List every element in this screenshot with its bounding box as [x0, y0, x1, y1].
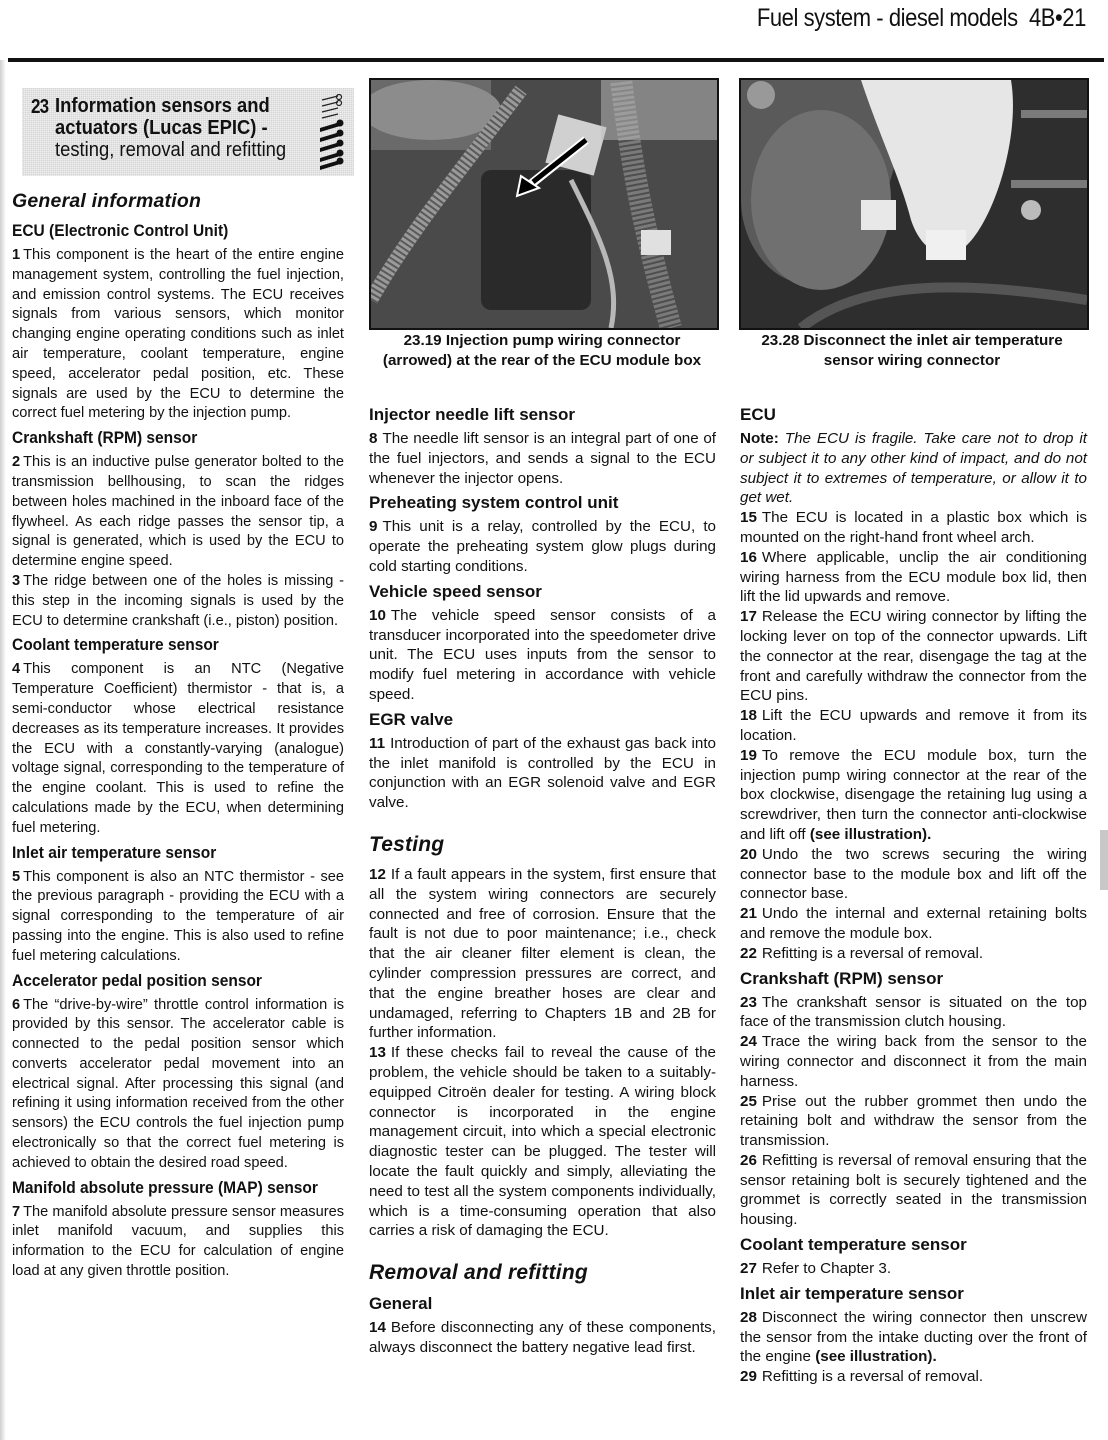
paragraph-number: 26: [740, 1152, 757, 1169]
header-rule: [8, 58, 1104, 62]
paragraph-text: Refer to Chapter 3.: [762, 1260, 891, 1277]
paragraph-6: 6The “drive-by-wire” throttle control in…: [12, 996, 344, 1174]
note-label: Note:: [740, 430, 779, 447]
paragraph-text: If a fault appears in the system, first …: [369, 866, 716, 1041]
paragraph-4: 4This component is an NTC (Negative Temp…: [12, 660, 344, 838]
paragraph-number: 10: [369, 607, 386, 624]
paragraph-23: 23The crankshaft sensor is situated on t…: [740, 993, 1087, 1033]
subheading-ecu: ECU (Electronic Control Unit): [12, 221, 324, 242]
paragraph-17: 17Release the ECU wiring connector by li…: [740, 607, 1087, 706]
page-edge-shadow: [0, 60, 6, 1440]
subheading-ecu-removal: ECU: [740, 404, 1087, 425]
page-reference: 4B•21: [1029, 4, 1086, 32]
figure-23-19-photo: [369, 78, 719, 330]
section-number: 23: [31, 96, 48, 119]
paragraph-text: If these checks fail to reveal the cause…: [369, 1044, 716, 1239]
paragraph-15: 15The ECU is located in a plastic box wh…: [740, 508, 1087, 548]
paragraph-text: This unit is a relay, controlled by the …: [369, 518, 716, 575]
paragraph-text: The ridge between one of the holes is mi…: [12, 573, 344, 629]
paragraph-3: 3The ridge between one of the holes is m…: [12, 572, 344, 631]
ecu-note: Note: The ECU is fragile. Take care not …: [740, 429, 1087, 508]
paragraph-text: The ECU is located in a plastic box whic…: [740, 509, 1087, 546]
paragraph-number: 14: [369, 1319, 386, 1336]
paragraph-number: 19: [740, 747, 757, 764]
paragraph-number: 27: [740, 1260, 757, 1277]
paragraph-18: 18Lift the ECU upwards and remove it fro…: [740, 706, 1087, 746]
paragraph-7: 7The manifold absolute pressure sensor m…: [12, 1203, 344, 1282]
paragraph-text: This component is the heart of the entir…: [12, 247, 344, 421]
section-title: Information sensors and actuators (Lucas…: [55, 95, 294, 161]
subheading-preheating-unit: Preheating system control unit: [369, 492, 716, 513]
paragraph-22: 22Refitting is a reversal of removal.: [740, 944, 1087, 964]
paragraph-9: 9This unit is a relay, controlled by the…: [369, 517, 716, 576]
paragraph-text: The needle lift sensor is an integral pa…: [369, 430, 716, 487]
paragraph-2: 2This is an inductive pulse generator bo…: [12, 453, 344, 572]
subheading-crankshaft-sensor: Crankshaft (RPM) sensor: [12, 428, 324, 449]
subheading-egr-valve: EGR valve: [369, 709, 716, 730]
paragraph-number: 9: [369, 518, 377, 535]
paragraph-number: 8: [369, 430, 377, 447]
wrench-difficulty-icon: [318, 94, 344, 170]
paragraph-text: Refitting is a reversal of removal.: [762, 945, 983, 962]
paragraph-number: 6: [12, 997, 20, 1013]
paragraph-text: Prise out the rubber grommet then undo t…: [740, 1093, 1087, 1150]
subheading-crankshaft-removal: Crankshaft (RPM) sensor: [740, 968, 1087, 989]
paragraph-12: 12If a fault appears in the system, firs…: [369, 865, 716, 1043]
paragraph-14: 14Before disconnecting any of these comp…: [369, 1318, 716, 1358]
column-3: ECU Note: The ECU is fragile. Take care …: [740, 400, 1087, 1387]
paragraph-13: 13If these checks fail to reveal the cau…: [369, 1043, 716, 1241]
paragraph-number: 15: [740, 509, 757, 526]
thumb-index-tab: [1100, 830, 1108, 890]
see-illustration-reference: (see illustration).: [810, 826, 932, 843]
paragraph-number: 28: [740, 1309, 757, 1326]
paragraph-text: Where applicable, unclip the air conditi…: [740, 549, 1087, 606]
subheading-vehicle-speed-sensor: Vehicle speed sensor: [369, 581, 716, 602]
note-text: The ECU is fragile. Take care not to dro…: [740, 430, 1087, 506]
caption-line: 23.28 Disconnect the inlet air temperatu…: [735, 331, 1089, 351]
paragraph-25: 25Prise out the rubber grommet then undo…: [740, 1092, 1087, 1151]
paragraph-text: Lift the ECU upwards and remove it from …: [740, 707, 1087, 744]
paragraph-11: 11Introduction of part of the exhaust ga…: [369, 734, 716, 813]
paragraph-number: 12: [369, 866, 386, 883]
paragraph-text: The crankshaft sensor is situated on the…: [740, 994, 1087, 1031]
figure-caption-23-19: 23.19 Injection pump wiring connector (a…: [365, 331, 719, 371]
paragraph-24: 24Trace the wiring back from the sensor …: [740, 1032, 1087, 1091]
paragraph-number: 24: [740, 1033, 757, 1050]
subheading-coolant-removal: Coolant temperature sensor: [740, 1234, 1087, 1255]
figure-caption-23-28: 23.28 Disconnect the inlet air temperatu…: [735, 331, 1089, 371]
paragraph-number: 21: [740, 905, 757, 922]
paragraph-text: Introduction of part of the exhaust gas …: [369, 735, 716, 811]
paragraph-text: Undo the internal and external retaining…: [740, 905, 1087, 942]
paragraph-text: This is an inductive pulse generator bol…: [12, 454, 344, 569]
subheading-accelerator-sensor: Accelerator pedal position sensor: [12, 971, 324, 992]
paragraph-20: 20Undo the two screws securing the wirin…: [740, 845, 1087, 904]
paragraph-1: 1This component is the heart of the enti…: [12, 246, 344, 424]
running-header: Fuel system - diesel models 4B•21: [757, 4, 1086, 33]
section-heading-box: 23 Information sensors and actuators (Lu…: [22, 88, 354, 176]
paragraph-text: The “drive-by-wire” throttle control inf…: [12, 997, 344, 1171]
paragraph-number: 29: [740, 1368, 757, 1385]
subheading-map-sensor: Manifold absolute pressure (MAP) sensor: [12, 1178, 324, 1199]
paragraph-text: This component is an NTC (Negative Tempe…: [12, 661, 344, 835]
paragraph-text: Refitting is a reversal of removal.: [762, 1368, 983, 1385]
paragraph-number: 4: [12, 661, 20, 677]
paragraph-26: 26Refitting is reversal of removal ensur…: [740, 1151, 1087, 1230]
paragraph-29: 29Refitting is a reversal of removal.: [740, 1367, 1087, 1387]
paragraph-number: 3: [12, 573, 20, 589]
caption-line: sensor wiring connector: [735, 351, 1089, 371]
paragraph-number: 22: [740, 945, 757, 962]
engine-bay-photo-2: [741, 80, 1087, 328]
paragraph-text: The manifold absolute pressure sensor me…: [12, 1204, 344, 1279]
caption-line: (arrowed) at the rear of the ECU module …: [365, 351, 719, 371]
section-title-line: actuators (Lucas EPIC) -: [55, 117, 294, 139]
heading-general-information: General information: [12, 190, 344, 213]
subheading-coolant-sensor: Coolant temperature sensor: [12, 635, 324, 656]
paragraph-number: 13: [369, 1044, 386, 1061]
paragraph-text: Trace the wiring back from the sensor to…: [740, 1033, 1087, 1090]
paragraph-27: 27Refer to Chapter 3.: [740, 1259, 1087, 1279]
paragraph-text: Release the ECU wiring connector by lift…: [740, 608, 1087, 704]
paragraph-10: 10The vehicle speed sensor consists of a…: [369, 606, 716, 705]
column-2: Injector needle lift sensor 8The needle …: [369, 400, 716, 1358]
paragraph-number: 17: [740, 608, 757, 625]
paragraph-number: 11: [369, 735, 385, 752]
paragraph-21: 21Undo the internal and external retaini…: [740, 904, 1087, 944]
paragraph-text: The vehicle speed sensor consists of a t…: [369, 607, 716, 703]
subheading-general: General: [369, 1293, 716, 1314]
paragraph-number: 5: [12, 869, 20, 885]
caption-line: 23.19 Injection pump wiring connector: [365, 331, 719, 351]
paragraph-28: 28Disconnect the wiring connector then u…: [740, 1308, 1087, 1367]
subheading-inlet-air-removal: Inlet air temperature sensor: [740, 1283, 1087, 1304]
figure-23-28-photo: [739, 78, 1089, 330]
paragraph-number: 1: [12, 247, 20, 263]
heading-removal-refitting: Removal and refitting: [369, 1261, 716, 1285]
paragraph-text: Before disconnecting any of these compon…: [369, 1319, 716, 1356]
paragraph-number: 20: [740, 846, 757, 863]
paragraph-8: 8The needle lift sensor is an integral p…: [369, 429, 716, 488]
paragraph-19: 19To remove the ECU module box, turn the…: [740, 746, 1087, 845]
paragraph-number: 16: [740, 549, 757, 566]
paragraph-text: Undo the two screws securing the wiring …: [740, 846, 1087, 903]
header-title: Fuel system - diesel models: [757, 4, 1018, 32]
paragraph-number: 18: [740, 707, 757, 724]
paragraph-text: Refitting is reversal of removal ensurin…: [740, 1152, 1087, 1228]
column-1: 23 Information sensors and actuators (Lu…: [12, 88, 344, 1282]
see-illustration-reference: (see illustration).: [815, 1348, 937, 1365]
paragraph-number: 2: [12, 454, 20, 470]
paragraph-number: 23: [740, 994, 757, 1011]
engine-bay-photo-1: [371, 80, 717, 328]
section-title-subline: testing, removal and refitting: [55, 139, 294, 161]
paragraph-number: 25: [740, 1093, 757, 1110]
subheading-needle-lift-sensor: Injector needle lift sensor: [369, 404, 716, 425]
paragraph-number: 7: [12, 1204, 20, 1220]
subheading-inlet-air-sensor: Inlet air temperature sensor: [12, 843, 324, 864]
paragraph-5: 5This component is also an NTC thermisto…: [12, 868, 344, 967]
paragraph-16: 16Where applicable, unclip the air condi…: [740, 548, 1087, 607]
paragraph-text: This component is also an NTC thermistor…: [12, 869, 344, 964]
section-title-line: Information sensors and: [55, 95, 294, 117]
heading-testing: Testing: [369, 833, 716, 857]
